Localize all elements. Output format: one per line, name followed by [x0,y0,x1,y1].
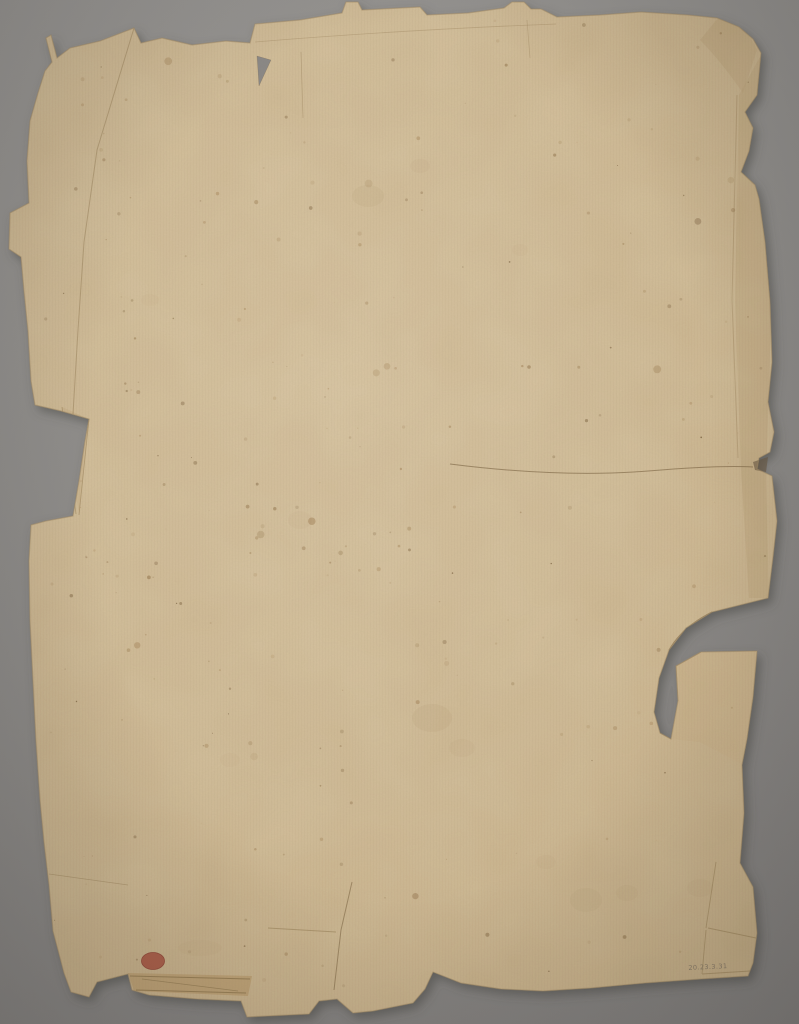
collection-stamp [142,953,165,970]
photograph-of-paper-sheet: 20.23.3.31 [0,0,799,1024]
paper-grain [0,0,799,1024]
paper-artwork-canvas: 20.23.3.31 [0,0,799,1024]
